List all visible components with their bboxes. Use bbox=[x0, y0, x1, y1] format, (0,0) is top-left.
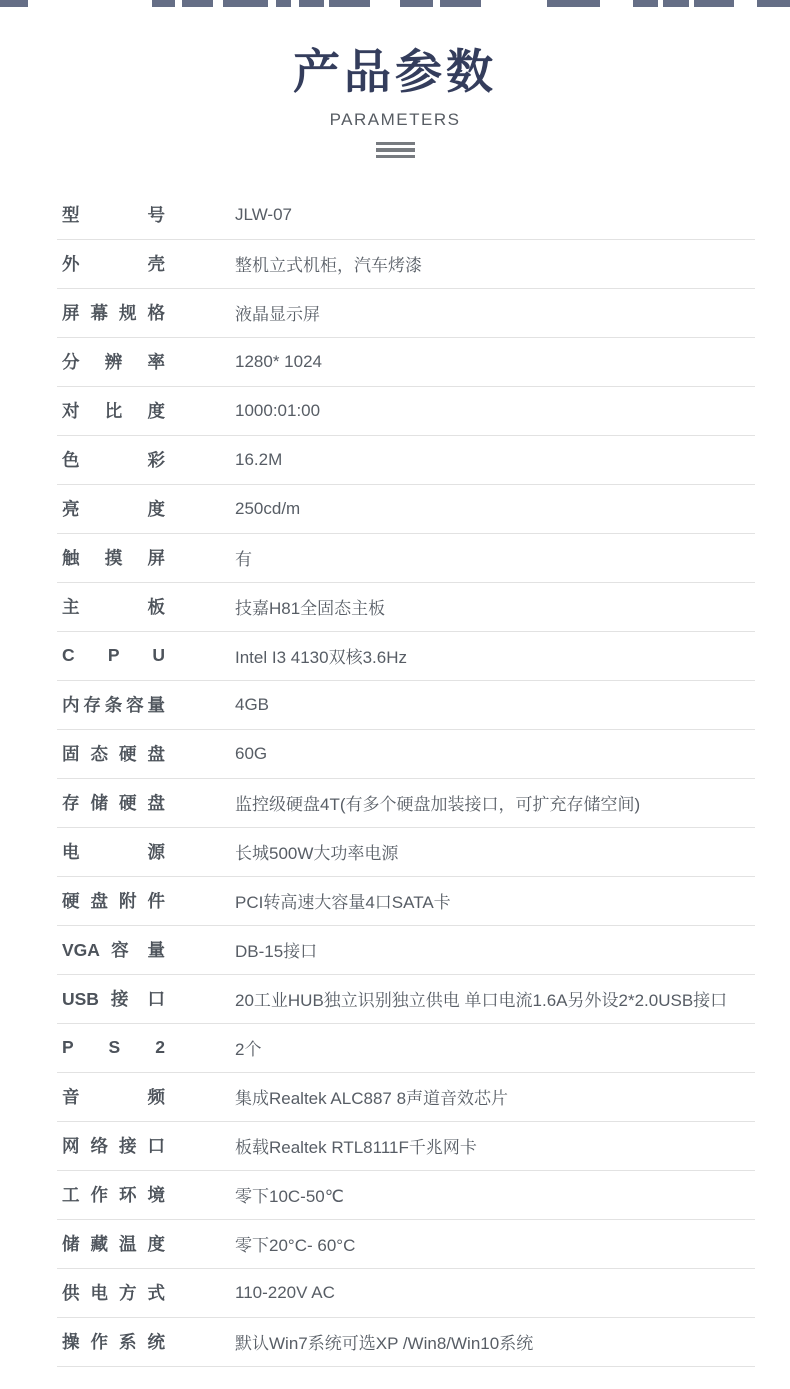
spec-label: 储 藏 温 度 bbox=[62, 1231, 165, 1256]
spec-value: 零下20°C- 60°C bbox=[235, 1231, 355, 1256]
table-row: 外 壳整机立式机柜，汽车烤漆 bbox=[57, 240, 755, 289]
spec-label: 亮 度 bbox=[62, 496, 165, 521]
spec-table: 型 号JLW-07外 壳整机立式机柜，汽车烤漆屏 幕 规 格液晶显示屏分 辨 率… bbox=[57, 191, 755, 1367]
spec-label: 型 号 bbox=[62, 202, 165, 227]
page-subtitle: PARAMETERS bbox=[0, 110, 790, 130]
table-row: USB 接 口20工业HUB独立识别独立供电 单口电流1.6A另外设2*2.0U… bbox=[57, 975, 755, 1024]
table-row: 供 电 方 式110-220V AC bbox=[57, 1269, 755, 1318]
spec-label: 音 频 bbox=[62, 1084, 165, 1109]
table-row: C P UIntel I3 4130双核3.6Hz bbox=[57, 632, 755, 681]
table-row: 触 摸 屏有 bbox=[57, 534, 755, 583]
spec-value: Intel I3 4130双核3.6Hz bbox=[235, 643, 407, 668]
spec-label: 内存条容量 bbox=[62, 692, 165, 717]
table-row: 主 板技嘉H81全固态主板 bbox=[57, 583, 755, 632]
table-row: 硬 盘 附 件PCI转高速大容量4口SATA卡 bbox=[57, 877, 755, 926]
spec-label: USB 接 口 bbox=[62, 986, 165, 1011]
spec-value: 1000:01:00 bbox=[235, 401, 320, 421]
spec-label: 外 壳 bbox=[62, 251, 165, 276]
spec-label: 工 作 环 境 bbox=[62, 1182, 165, 1207]
spec-label: 主 板 bbox=[62, 594, 165, 619]
product-parameters-page: 产品参数 PARAMETERS 型 号JLW-07外 壳整机立式机柜，汽车烤漆屏… bbox=[0, 0, 790, 1367]
spec-label: 对 比 度 bbox=[62, 398, 165, 423]
table-row: 色 彩16.2M bbox=[57, 436, 755, 485]
table-row: 操 作 系 统默认Win7系统可选XP /Win8/Win10系统 bbox=[57, 1318, 755, 1367]
table-row: 音 频集成Realtek ALC887 8声道音效芯片 bbox=[57, 1073, 755, 1122]
spec-label: 网 络 接 口 bbox=[62, 1133, 165, 1158]
spec-value: 液晶显示屏 bbox=[235, 300, 320, 325]
clipped-previous-section-text bbox=[0, 0, 790, 7]
spec-label: P S 2 bbox=[62, 1037, 165, 1058]
table-row: P S 22个 bbox=[57, 1024, 755, 1073]
spec-value: 250cd/m bbox=[235, 499, 300, 519]
table-row: 储 藏 温 度零下20°C- 60°C bbox=[57, 1220, 755, 1269]
spec-label: 固 态 硬 盘 bbox=[62, 741, 165, 766]
table-row: 分 辨 率1280* 1024 bbox=[57, 338, 755, 387]
spec-value: 监控级硬盘4T(有多个硬盘加装接口，可扩充存储空间) bbox=[235, 790, 640, 815]
spec-value: 60G bbox=[235, 744, 267, 764]
spec-label: C P U bbox=[62, 645, 165, 666]
spec-value: 有 bbox=[235, 545, 252, 570]
spec-value: 20工业HUB独立识别独立供电 单口电流1.6A另外设2*2.0USB接口 bbox=[235, 986, 727, 1011]
spec-label: 色 彩 bbox=[62, 447, 165, 472]
table-row: 电 源长城500W大功率电源 bbox=[57, 828, 755, 877]
spec-label: 分 辨 率 bbox=[62, 349, 165, 374]
spec-label: 硬 盘 附 件 bbox=[62, 888, 165, 913]
page-title: 产品参数 bbox=[0, 47, 790, 98]
table-row: 工 作 环 境零下10C-50℃ bbox=[57, 1171, 755, 1220]
spec-value: 零下10C-50℃ bbox=[235, 1182, 344, 1207]
spec-value: 1280* 1024 bbox=[235, 352, 322, 372]
table-row: 内存条容量4GB bbox=[57, 681, 755, 730]
table-row: 对 比 度1000:01:00 bbox=[57, 387, 755, 436]
spec-label: 操 作 系 统 bbox=[62, 1329, 165, 1354]
table-row: 固 态 硬 盘60G bbox=[57, 730, 755, 779]
spec-label: 存 储 硬 盘 bbox=[62, 790, 165, 815]
spec-value: 技嘉H81全固态主板 bbox=[235, 594, 385, 619]
spec-value: 2个 bbox=[235, 1035, 261, 1060]
spec-value: 4GB bbox=[235, 695, 269, 715]
section-header: 产品参数 PARAMETERS bbox=[0, 7, 790, 158]
spec-label: 屏 幕 规 格 bbox=[62, 300, 165, 325]
spec-value: PCI转高速大容量4口SATA卡 bbox=[235, 888, 451, 913]
spec-value: DB-15接口 bbox=[235, 937, 317, 962]
table-row: 网 络 接 口板载Realtek RTL8111F千兆网卡 bbox=[57, 1122, 755, 1171]
table-row: 亮 度250cd/m bbox=[57, 485, 755, 534]
spec-label: VGA 容 量 bbox=[62, 937, 165, 962]
spec-value: 集成Realtek ALC887 8声道音效芯片 bbox=[235, 1084, 508, 1109]
spec-value: 整机立式机柜，汽车烤漆 bbox=[235, 251, 422, 276]
triple-line-divider-icon bbox=[376, 142, 415, 158]
table-row: 屏 幕 规 格液晶显示屏 bbox=[57, 289, 755, 338]
spec-value: 长城500W大功率电源 bbox=[235, 839, 398, 864]
spec-value: 110-220V AC bbox=[235, 1283, 335, 1303]
spec-value: 16.2M bbox=[235, 450, 282, 470]
table-row: 型 号JLW-07 bbox=[57, 191, 755, 240]
spec-value: 板载Realtek RTL8111F千兆网卡 bbox=[235, 1133, 477, 1158]
spec-label: 触 摸 屏 bbox=[62, 545, 165, 570]
table-row: 存 储 硬 盘监控级硬盘4T(有多个硬盘加装接口，可扩充存储空间) bbox=[57, 779, 755, 828]
table-row: VGA 容 量DB-15接口 bbox=[57, 926, 755, 975]
spec-value: 默认Win7系统可选XP /Win8/Win10系统 bbox=[235, 1329, 533, 1354]
spec-label: 电 源 bbox=[62, 839, 165, 864]
spec-value: JLW-07 bbox=[235, 205, 292, 225]
spec-label: 供 电 方 式 bbox=[62, 1280, 165, 1305]
